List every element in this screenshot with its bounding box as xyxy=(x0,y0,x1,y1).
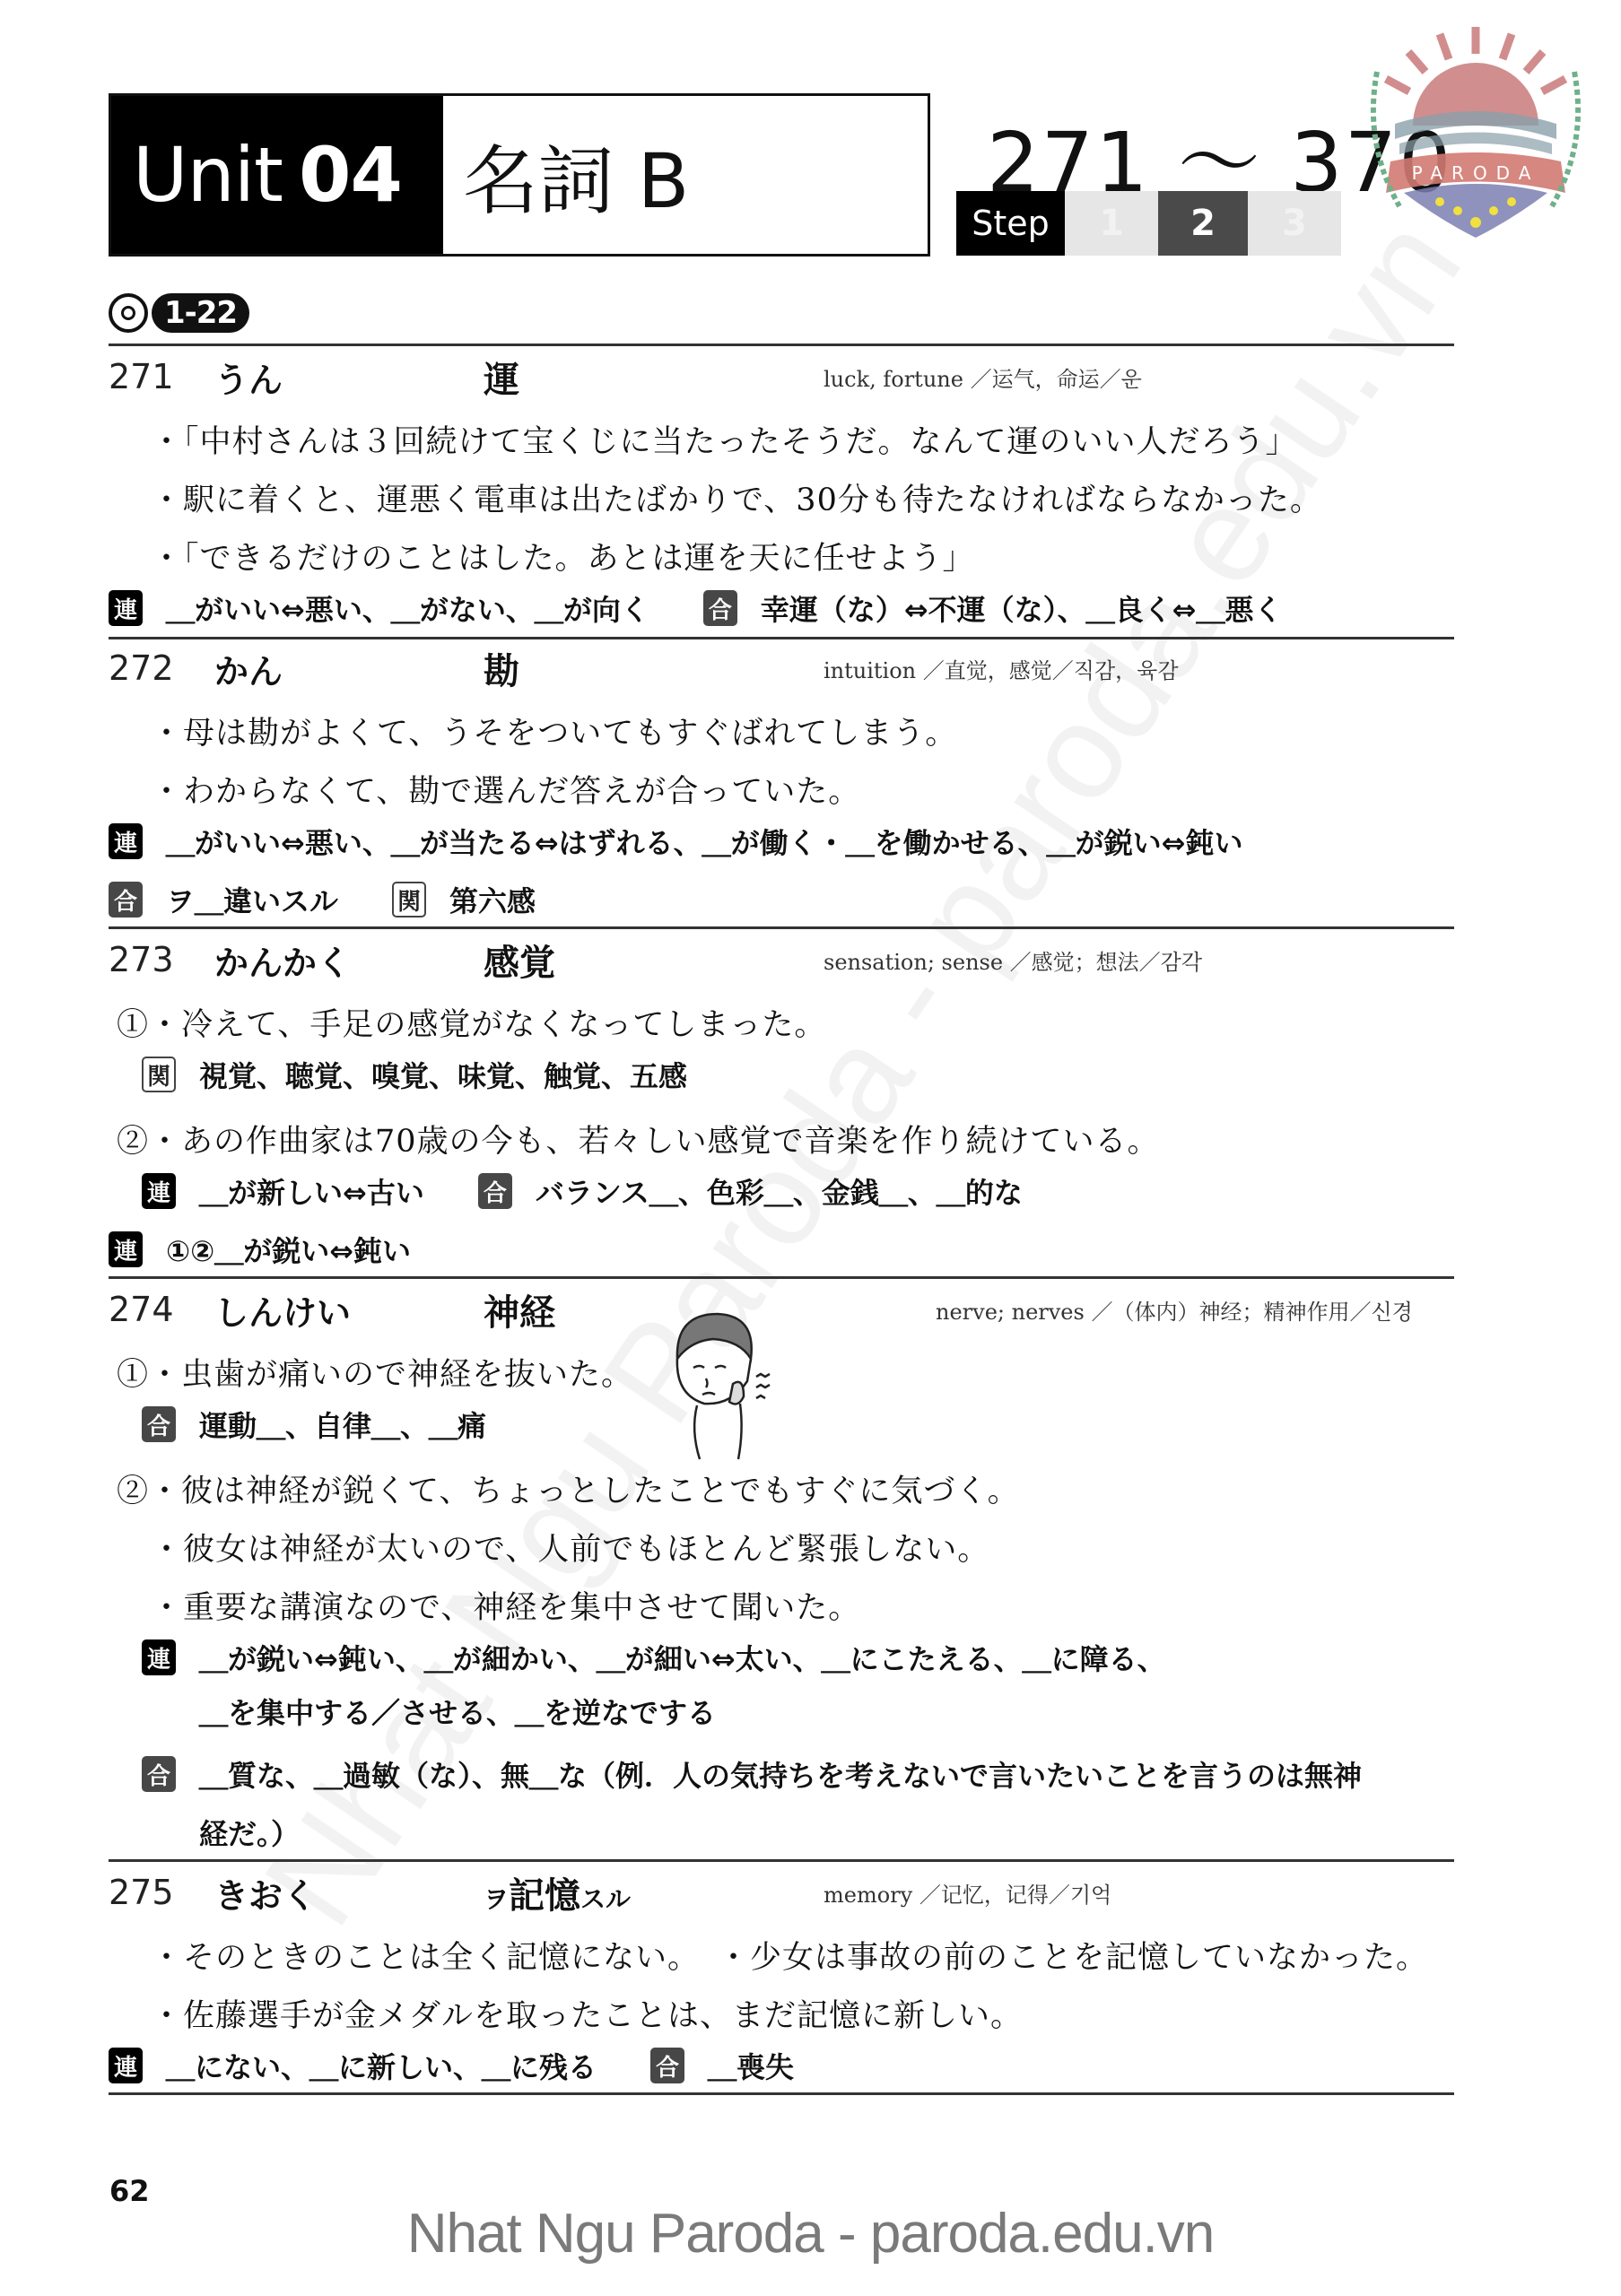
collocation-row: 連 ＿がいい⇔悪い、＿が当たる⇔はずれる、＿が働く・＿を働かせる、＿が鋭い⇔鈍い xyxy=(109,821,1242,862)
sense-marker: ① xyxy=(117,1357,149,1393)
related-words: 第六感 xyxy=(449,879,536,920)
example-sentence: ・母は勘がよくて、うそをついてもすぐばれてしまう。 xyxy=(151,709,957,753)
entry-gloss: sensation; sense ／感觉；想法／감각 xyxy=(824,944,1202,976)
collocations: ＿がいい⇔悪い、＿が当たる⇔はずれる、＿が働く・＿を働かせる、＿が鋭い⇔鈍い xyxy=(166,821,1242,862)
example-sentence: ・「できるだけのことはした。あとは運を天に任せよう」 xyxy=(151,534,975,578)
step-indicator: Step 1 2 3 xyxy=(956,191,1341,256)
ren-tag-icon: 連 xyxy=(109,823,143,859)
collocation-row: 連 ＿がいい⇔悪い、＿がない、＿が向く 合 幸運（な）⇔不運（な）、＿良く⇔＿悪… xyxy=(109,587,1282,629)
go-tag-icon: 合 xyxy=(650,2048,684,2083)
entry-reading: うん xyxy=(214,352,484,402)
compounds: ＿喪失 xyxy=(708,2045,794,2086)
collocations: ＿にない、＿に新しい、＿に残る xyxy=(166,2045,597,2086)
example-sentence: ・重要な講演なので、神経を集中させて聞いた。 xyxy=(151,1583,860,1628)
example-sentence: ・彼女は神経が太いので、人前でもほとんど緊張しない。 xyxy=(151,1525,989,1570)
entry-word: 勘 xyxy=(484,643,824,694)
step-2-active: 2 xyxy=(1158,191,1248,256)
compounds: 運動＿、自律＿、＿痛 xyxy=(199,1404,486,1445)
example-sentence: ・「中村さんは３回続けて宝くじに当たったそうだ。なんて運のいい人だろう」 xyxy=(151,417,1298,462)
example-sentence: ・佐藤選手が金メダルを取ったことは、まだ記憶に新しい。 xyxy=(151,1991,1023,2036)
entry-number: 275 xyxy=(109,1873,214,1912)
compounds: 幸運（な）⇔不運（な）、＿良く⇔＿悪く xyxy=(761,587,1283,629)
divider xyxy=(109,1276,1454,1279)
unit-title: 名詞 B xyxy=(443,96,689,254)
entry-number: 272 xyxy=(109,648,214,688)
entry-word: 感覚 xyxy=(484,935,824,986)
ren-tag-icon: 連 xyxy=(142,1639,176,1675)
sense-2-example: ②・彼は神経が鋭くて、ちょっとしたことでもすぐに気づく。 xyxy=(117,1466,1020,1511)
example-sentence: ・駅に着くと、運悪く電車は出たばかりで、30分も待たなければならなかった。 xyxy=(151,475,1322,520)
sense-marker: ② xyxy=(117,1124,149,1160)
related-words: 視覚、聴覚、嗅覚、味覚、触覚、五感 xyxy=(199,1054,687,1095)
ren-tag-icon: 連 xyxy=(142,1173,176,1209)
sense-marker: ① xyxy=(117,1007,149,1043)
divider xyxy=(109,926,1454,929)
compounds: ヲ＿違いスル xyxy=(166,879,338,920)
step-3: 3 xyxy=(1248,191,1341,256)
entry-reading: しんけい xyxy=(214,1285,484,1335)
sense-1-example: ①・冷えて、手足の感覚がなくなってしまった。 xyxy=(117,1000,826,1045)
go-tag-icon: 合 xyxy=(478,1173,512,1209)
ren-tag-icon: 連 xyxy=(109,590,143,626)
divider xyxy=(109,2092,1454,2095)
entry-number: 274 xyxy=(109,1290,214,1329)
go-tag-icon: 合 xyxy=(142,1406,176,1442)
unit-label: Unit xyxy=(133,131,283,219)
entry-271-header: 271 うん 運 luck, fortune ／运气，命运／운 xyxy=(109,354,1454,399)
collocations: ＿が鋭い⇔鈍い、＿が細かい、＿が細い⇔太い、＿にこたえる、＿に障る、 xyxy=(199,1637,1166,1678)
ren-tag-icon: 連 xyxy=(109,1231,143,1267)
compound-row: 合 運動＿、自律＿、＿痛 xyxy=(142,1404,486,1445)
footer-watermark: Nhat Ngu Paroda - paroda.edu.vn xyxy=(0,2202,1621,2266)
compounds: ＿質な、＿過敏（な）、無＿な（例．人の気持ちを考えないで言いたいことを言うのは無… xyxy=(199,1753,1362,1795)
step-1: 1 xyxy=(1065,191,1158,256)
kan-tag-icon: 関 xyxy=(142,1057,176,1092)
go-tag-icon: 合 xyxy=(109,882,143,918)
entry-reading: かんかく xyxy=(214,935,484,985)
entry-273-header: 273 かんかく 感覚 sensation; sense ／感觉；想法／감각 xyxy=(109,937,1454,982)
related-row: 関 視覚、聴覚、嗅覚、味覚、触覚、五感 xyxy=(142,1054,687,1095)
entry-274-header: 274 しんけい 神経 nerve; nerves ／（体内）神经；精神作用／신… xyxy=(109,1287,1454,1332)
collocation-row: 連 ＿にない、＿に新しい、＿に残る 合 ＿喪失 xyxy=(109,2045,794,2086)
kan-tag-icon: 関 xyxy=(392,882,426,918)
entry-word: ヲ記憶スル xyxy=(484,1867,824,1918)
person-toothache-illustration xyxy=(650,1305,776,1462)
collocation-row-continued: ＿を集中する／させる、＿を逆なでする xyxy=(199,1691,716,1732)
entry-reading: きおく xyxy=(214,1868,484,1918)
svg-text:PARODA: PARODA xyxy=(1412,162,1540,184)
entry-272-header: 272 かん 勘 intuition ／直觉，感觉／직감，육감 xyxy=(109,646,1454,691)
divider xyxy=(109,637,1454,639)
unit-label-box: Unit 04 xyxy=(111,96,443,254)
entry-word: 運 xyxy=(484,352,824,403)
sense-2-example: ②・あの作曲家は70歳の今も、若々しい感覚で音楽を作り続けている。 xyxy=(117,1117,1160,1161)
compounds: バランス＿、色彩＿、金銭＿、＿的な xyxy=(536,1170,1023,1212)
entry-gloss: memory ／记忆，记得／기억 xyxy=(824,1877,1111,1909)
compounds: 経だ。） xyxy=(199,1812,300,1853)
example-sentence: ・少女は事故の前のことを記憶していなかった。 xyxy=(718,1933,1428,1978)
compound-row-continued: 経だ。） xyxy=(199,1812,300,1853)
divider xyxy=(109,344,1454,346)
entry-number: 273 xyxy=(109,940,214,979)
collocations: ＿がいい⇔悪い、＿がない、＿が向く xyxy=(166,587,649,629)
entry-275-header: 275 きおく ヲ記憶スル memory ／记忆，记得／기억 xyxy=(109,1870,1454,1915)
compound-row: 合 ヲ＿違いスル 関 第六感 xyxy=(109,879,536,920)
ren-tag-icon: 連 xyxy=(109,2048,143,2083)
entry-number: 271 xyxy=(109,357,214,396)
entry-gloss: intuition ／直觉，感觉／직감，육감 xyxy=(824,653,1179,684)
example-sentence: ・わからなくて、勘で選んだ答えが合っていた。 xyxy=(151,767,860,812)
step-label: Step xyxy=(956,191,1065,256)
entry-gloss: luck, fortune ／运气，命运／운 xyxy=(824,361,1142,393)
unit-number: 04 xyxy=(299,131,402,219)
go-tag-icon: 合 xyxy=(703,590,737,626)
unit-header: Unit 04 名詞 B xyxy=(109,93,930,257)
common-collocation-row: 連 ①②＿が鋭い⇔鈍い xyxy=(109,1229,411,1270)
example-sentence: ・そのときのことは全く記憶にない。 xyxy=(151,1933,700,1978)
collocations: ①②＿が鋭い⇔鈍い xyxy=(166,1229,411,1270)
sense-marker: ② xyxy=(117,1474,149,1509)
cd-icon xyxy=(109,293,148,333)
entry-reading: かん xyxy=(214,644,484,693)
collocations: ＿が新しい⇔古い xyxy=(199,1170,424,1212)
audio-track-badge[interactable]: 1-22 xyxy=(109,291,249,335)
collocations: ＿を集中する／させる、＿を逆なでする xyxy=(199,1691,716,1732)
compound-row: 合 ＿質な、＿過敏（な）、無＿な（例．人の気持ちを考えないで言いたいことを言うの… xyxy=(142,1753,1362,1795)
sense-1-example: ①・虫歯が痛いので神経を抜いた。 xyxy=(117,1350,633,1395)
divider xyxy=(109,1859,1454,1862)
audio-track-number: 1-22 xyxy=(152,293,249,333)
entry-gloss: nerve; nerves ／（体内）神经；精神作用／신경 xyxy=(936,1294,1413,1326)
paroda-logo-icon: PARODA xyxy=(1350,18,1601,242)
collocation-row: 連 ＿が鋭い⇔鈍い、＿が細かい、＿が細い⇔太い、＿にこたえる、＿に障る、 xyxy=(142,1637,1166,1678)
collocation-row: 連 ＿が新しい⇔古い 合 バランス＿、色彩＿、金銭＿、＿的な xyxy=(142,1170,1023,1212)
go-tag-icon: 合 xyxy=(142,1756,176,1792)
